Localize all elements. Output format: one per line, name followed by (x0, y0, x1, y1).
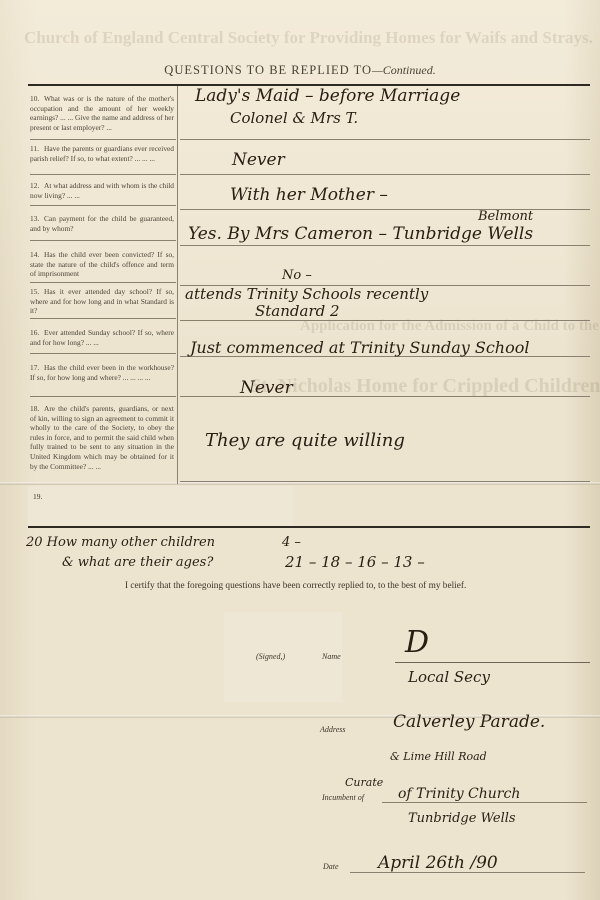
name-label: Name (322, 652, 341, 661)
answer-line (180, 174, 590, 175)
answer-15-line1: attends Trinity Schools recently (185, 285, 428, 303)
question-15: 15.Has it ever attended day school? If s… (30, 287, 174, 316)
answer-line (180, 139, 590, 140)
question-11: 11.Have the parents or guardians ever re… (30, 144, 174, 163)
date-value: April 26th /90 (378, 853, 498, 873)
answer-11: Never (232, 150, 285, 170)
redaction-patch (28, 486, 293, 526)
date-label: Date (323, 862, 339, 871)
incumbent-line1: of Trinity Church (398, 786, 520, 802)
column-divider (177, 86, 178, 484)
answer-17: Never (240, 378, 293, 398)
answer-15-line2: Standard 2 (255, 302, 340, 320)
row-divider (30, 282, 176, 283)
row-divider (30, 353, 176, 354)
signature-glyph: D (405, 625, 429, 660)
answer-16: Just commenced at Trinity Sunday School (190, 338, 529, 357)
page-title: QUESTIONS TO BE REPLIED TO—Continued. (0, 63, 600, 78)
question-16: 16.Ever attended Sunday school? If so, w… (30, 328, 174, 347)
question-17: 17.Has the child ever been in the workho… (30, 363, 174, 382)
row-divider (30, 174, 176, 175)
question-14: 14.Has the child ever been convicted? If… (30, 250, 174, 279)
note-children-label: 20 How many other children (26, 535, 215, 550)
row-divider (30, 240, 176, 241)
note-ages-label: & what are their ages? (62, 555, 213, 570)
certification-text: I certify that the foregoing questions h… (125, 581, 466, 591)
question-18: 18.Are the child's parents, guardians, o… (30, 404, 174, 471)
row-divider (30, 139, 176, 140)
answer-13-note: Belmont (478, 209, 533, 224)
bleed-through-banner: Church of England Central Society for Pr… (24, 28, 593, 48)
question-19-number: 19. (33, 492, 42, 501)
answer-14: No – (282, 268, 312, 283)
incumbent-label: Incumbent of (322, 793, 364, 802)
answer-18: They are quite willing (205, 430, 405, 451)
address-label: Address (320, 725, 345, 734)
role-value: Local Secy (408, 668, 490, 686)
answer-line (180, 481, 590, 482)
incumbent-line2: Tunbridge Wells (408, 811, 516, 826)
address-line1: Calverley Parade. (393, 712, 545, 732)
address-line2: & Lime Hill Road (390, 750, 487, 763)
answer-10-line2: Colonel & Mrs T. (230, 109, 358, 127)
answer-line (180, 245, 590, 246)
row-divider (30, 396, 176, 397)
note-ages-values: 21 – 18 – 16 – 13 – (285, 553, 425, 571)
answer-12: With her Mother – (230, 185, 388, 205)
section-rule (28, 526, 590, 528)
name-line (395, 662, 590, 663)
answer-13: Yes. By Mrs Cameron – Tunbridge Wells (188, 224, 533, 244)
answer-line (180, 320, 590, 321)
answer-10-line1: Lady's Maid – before Marriage (195, 86, 460, 106)
row-divider (30, 318, 176, 319)
bleed-through-heading: St. Nicholas Home for Crippled Children (250, 375, 600, 398)
incumbent-correction: Curate (345, 776, 383, 789)
incumbent-line (382, 802, 587, 803)
note-children-count: 4 – (282, 535, 301, 550)
question-13: 13.Can payment for the child be guarante… (30, 214, 174, 233)
row-divider (30, 205, 176, 206)
paper-fold (0, 482, 600, 485)
question-12: 12.At what address and with whom is the … (30, 181, 174, 200)
signed-label: (Signed,) (256, 652, 285, 661)
question-10: 10.What was or is the nature of the moth… (30, 94, 174, 132)
